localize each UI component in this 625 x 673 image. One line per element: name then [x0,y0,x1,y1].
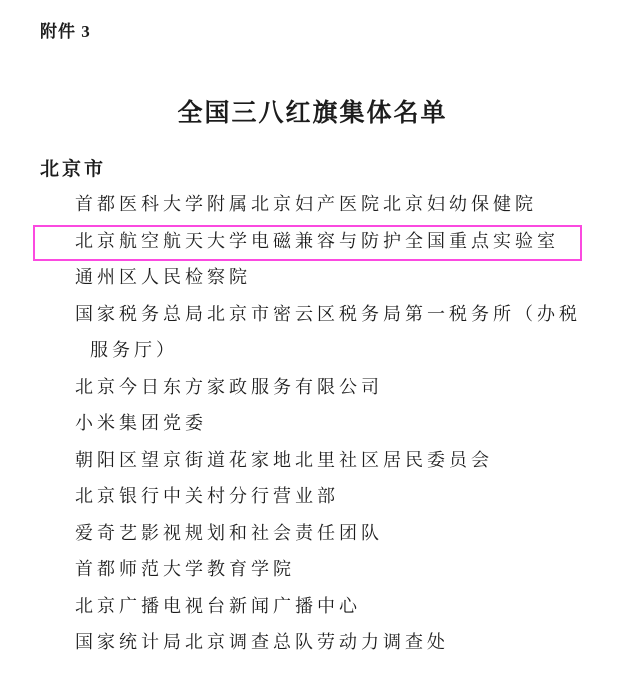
list-item: 国家统计局北京调查总队劳动力调查处 [75,624,595,661]
attachment-label: 附件 3 [40,20,625,44]
list-item: 通州区人民检察院 [75,259,595,296]
list-item: 小米集团党委 [75,405,595,442]
list-item: 首都师范大学教育学院 [75,551,595,588]
list-item-highlighted: 北京航空航天大学电磁兼容与防护全国重点实验室 [75,223,595,260]
list-item: 爱奇艺影视规划和社会责任团队 [75,515,595,552]
page-title: 全国三八红旗集体名单 [0,98,625,130]
list-item: 首都医科大学附属北京妇产医院北京妇幼保健院 [75,186,595,223]
region-header-beijing: 北京市 [40,158,625,182]
list-item: 北京广播电视台新闻广播中心 [75,588,595,625]
list-item: 北京今日东方家政服务有限公司 [75,369,595,406]
list-item: 朝阳区望京街道花家地北里社区居民委员会 [75,442,595,479]
list-item: 国家税务总局北京市密云区税务局第一税务所（办税服务厅） [75,296,595,369]
list-item: 北京银行中关村分行营业部 [75,478,595,515]
org-list: 首都医科大学附属北京妇产医院北京妇幼保健院 北京航空航天大学电磁兼容与防护全国重… [75,186,625,661]
